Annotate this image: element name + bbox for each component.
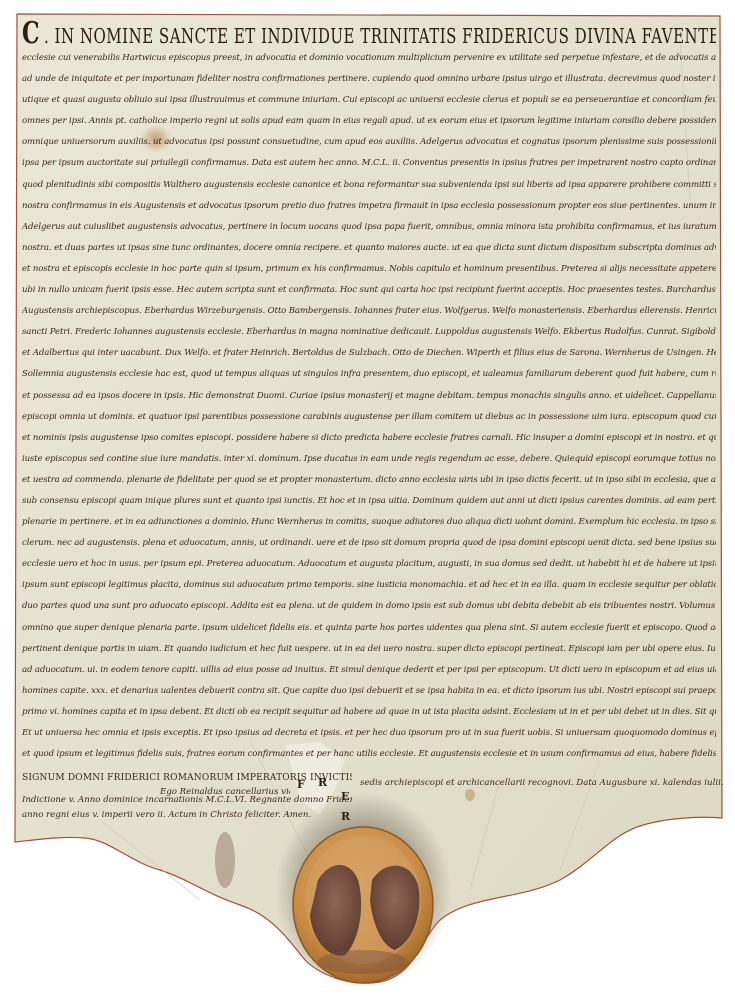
text-line: iuste episcopus sed contine siue iure ma…: [22, 449, 716, 470]
monogram-mark: R: [341, 810, 350, 823]
dating-line-2: anno regni eius v. imperii vero ii. Actu…: [22, 810, 352, 820]
charter-photograph: C. In nomine sancte et individue trinita…: [0, 0, 735, 1000]
text-line: ad unde de iniquitate et per importunam …: [22, 69, 716, 90]
text-line: utique et quasi augusta obliuio sui ipsa…: [22, 90, 716, 111]
text-line: homines capite. xxx. et denarius ualente…: [22, 681, 716, 702]
text-line: ipsa per ipsum auctoritate sui priuilegi…: [22, 153, 716, 174]
text-line: et nostra et episcopis ecclesie in hoc p…: [22, 259, 716, 280]
text-line: ad aduocatum. ui. in eodem tenore capiti…: [22, 660, 716, 681]
text-line: episcopi omnia ut dominis. et quatuor ip…: [22, 407, 716, 428]
text-line: omnique uniuersorum auxiliis. ut advocat…: [22, 132, 716, 153]
text-line: pertinent denique partis in uiam. Et qua…: [22, 639, 716, 660]
text-line: ipsum sunt episcopi legitimus placita, d…: [22, 575, 716, 596]
text-line: primo vi. homines capita et in ipsa debe…: [22, 702, 716, 723]
invocation-line: C. In nomine sancte et individue trinita…: [22, 16, 716, 48]
text-line: Et ut uniuersa hec omnia et ipsis except…: [22, 723, 716, 744]
wax-seal: [293, 827, 433, 983]
monogram-mark: F: [297, 778, 305, 791]
text-line: Augustensis archiepiscopus. Eberhardus W…: [22, 301, 716, 322]
text-line: et Adalbertus qui inter uacabunt. Dux We…: [22, 343, 716, 364]
text-line: duo partes quod una sunt pro aduocato ep…: [22, 596, 716, 617]
text-line: ecclesie cui venerabilis Hartwicus episc…: [22, 48, 716, 69]
text-line: et quod ipsum et legitimus fidelis suis,…: [22, 744, 716, 765]
text-line: nostra. et duas partes ut ipsas sine tun…: [22, 238, 716, 259]
text-line: sub consensu episcopi quam inique plures…: [22, 491, 716, 512]
text-line: et uestra ad commenda. plenarie de fidel…: [22, 470, 716, 491]
text-line: Sollemnia augustensis ecclesie hac est, …: [22, 364, 716, 385]
text-line: Adelgerus aut cuiuslibet augustensis adv…: [22, 217, 716, 238]
text-line: sancti Petri. Frederic Iohannes augusten…: [22, 322, 716, 343]
monogram-mark: E: [341, 790, 349, 803]
text-line: omnino que super denique plenaria parte.…: [22, 618, 716, 639]
text-line: nostra confirmamus in eis Augustensis et…: [22, 196, 716, 217]
text-line: et possessa ad ea ipsos docere in ipsis.…: [22, 386, 716, 407]
text-line: plenarie in pertinere. et in ea adiuncti…: [22, 512, 716, 533]
text-line: omnes per ipsi. Annis pt. catholice impe…: [22, 111, 716, 132]
text-line: quod plenitudinis sibi compositis Walthe…: [22, 175, 716, 196]
chrismon-initial: C: [22, 16, 40, 48]
small-stain: [465, 789, 475, 801]
text-line: et nominis ipsis augustense ipso comites…: [22, 428, 716, 449]
ink-blot: [215, 832, 235, 888]
text-line: ubi in nullo unicam fuerit ipsis esse. H…: [22, 280, 716, 301]
recognition-continuation: sedis archiepiscopi et archicancellarii …: [360, 778, 724, 788]
invocation-text: . In nomine sancte et individue trinitat…: [44, 24, 716, 48]
monogram-mark: R: [318, 776, 327, 789]
body-text: ecclesie cui venerabilis Hartwicus episc…: [22, 48, 716, 765]
text-line: ecclesie uero et hoc in usus. per ipsum …: [22, 554, 716, 575]
text-line: clerum. nec ad augustensis. plena et adu…: [22, 533, 716, 554]
dating-line-1: Indictione v. Anno dominice incarnationi…: [22, 795, 352, 805]
